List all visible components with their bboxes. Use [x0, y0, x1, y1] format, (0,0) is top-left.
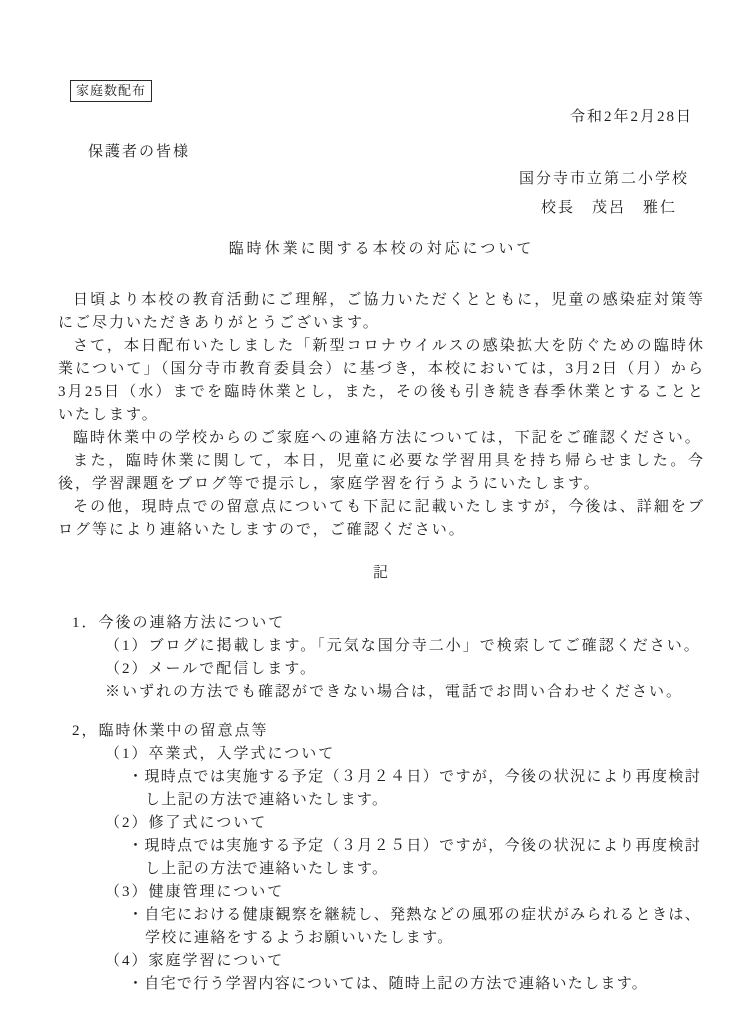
section-2-heading: 2，臨時休業中の留意点等 — [72, 720, 705, 743]
paragraph-greeting: 日頃より本校の教育活動にご理解，ご協力いただくとともに，児童の感染症対策等にご尽… — [58, 289, 705, 335]
section-1-item-phone-note: ※いずれの方法でも確認ができない場合は，電話でお問い合わせください。 — [105, 681, 705, 704]
sender-school: 国分寺市立第二小学校 — [58, 168, 705, 191]
section-2-item-graduation-note: ・現時点では実施する予定（３月２４日）ですが，今後の状況により再度検討し上記の方… — [128, 766, 701, 812]
section-1-item-blog: （1）ブログに掲載します。「元気な国分寺二小」で検索してご確認ください。 — [105, 635, 705, 658]
body-paragraphs: 日頃より本校の教育活動にご理解，ご協力いただくとともに，児童の感染症対策等にご尽… — [58, 289, 705, 542]
section-1-item-mail: （2）メールで配信します。 — [105, 658, 705, 681]
document-title: 臨時休業に関する本校の対応について — [58, 238, 705, 261]
recipient: 保護者の皆様 — [88, 141, 705, 164]
section-2-item-graduation-label: （1）卒業式，入学式について — [105, 743, 705, 766]
sender-principal: 校長 茂呂 雅仁 — [58, 197, 705, 220]
section-2-item-closing-ceremony-note: ・現時点では実施する予定（３月２５日）ですが，今後の状況により再度検討し上記の方… — [128, 835, 701, 881]
document-date: 令和2年2月28日 — [58, 106, 705, 129]
record-marker: 記 — [58, 562, 705, 585]
section-2-item-home-study-note: ・自宅で行う学習内容については、随時上記の方法で連絡いたします。 — [128, 973, 701, 996]
paragraph-closure-period: さて，本日配布いたしました「新型コロナウイルスの感染拡大を防ぐための臨時休業につ… — [58, 335, 705, 427]
section-2-item-home-study-label: （4）家庭学習について — [105, 950, 705, 973]
section-2-item-closing-ceremony-label: （2）修了式について — [105, 812, 705, 835]
section-contact-methods: 1．今後の連絡方法について （1）ブログに掲載します。「元気な国分寺二小」で検索… — [58, 612, 705, 704]
section-2-item-health-note: ・自宅における健康観察を継続し、発熱などの風邪の症状がみられるときは、学校に連絡… — [128, 904, 701, 950]
paragraph-further-details: その他，現時点での留意点についても下記に記載いたしますが，今後は、詳細をブログ等… — [58, 496, 705, 542]
paragraph-contact-method: 臨時休業中の学校からのご家庭への連絡方法については，下記をご確認ください。 — [58, 427, 705, 450]
distribution-tag: 家庭数配布 — [70, 80, 152, 102]
paragraph-home-study: また，臨時休業に関して，本日，児童に必要な学習用具を持ち帰らせました。今後，学習… — [58, 450, 705, 496]
section-closure-notes: 2，臨時休業中の留意点等 （1）卒業式，入学式について ・現時点では実施する予定… — [58, 720, 705, 996]
document-page: 家庭数配布 令和2年2月28日 保護者の皆様 国分寺市立第二小学校 校長 茂呂 … — [0, 0, 739, 1022]
section-2-item-health-label: （3）健康管理について — [105, 881, 705, 904]
section-1-heading: 1．今後の連絡方法について — [72, 612, 705, 635]
